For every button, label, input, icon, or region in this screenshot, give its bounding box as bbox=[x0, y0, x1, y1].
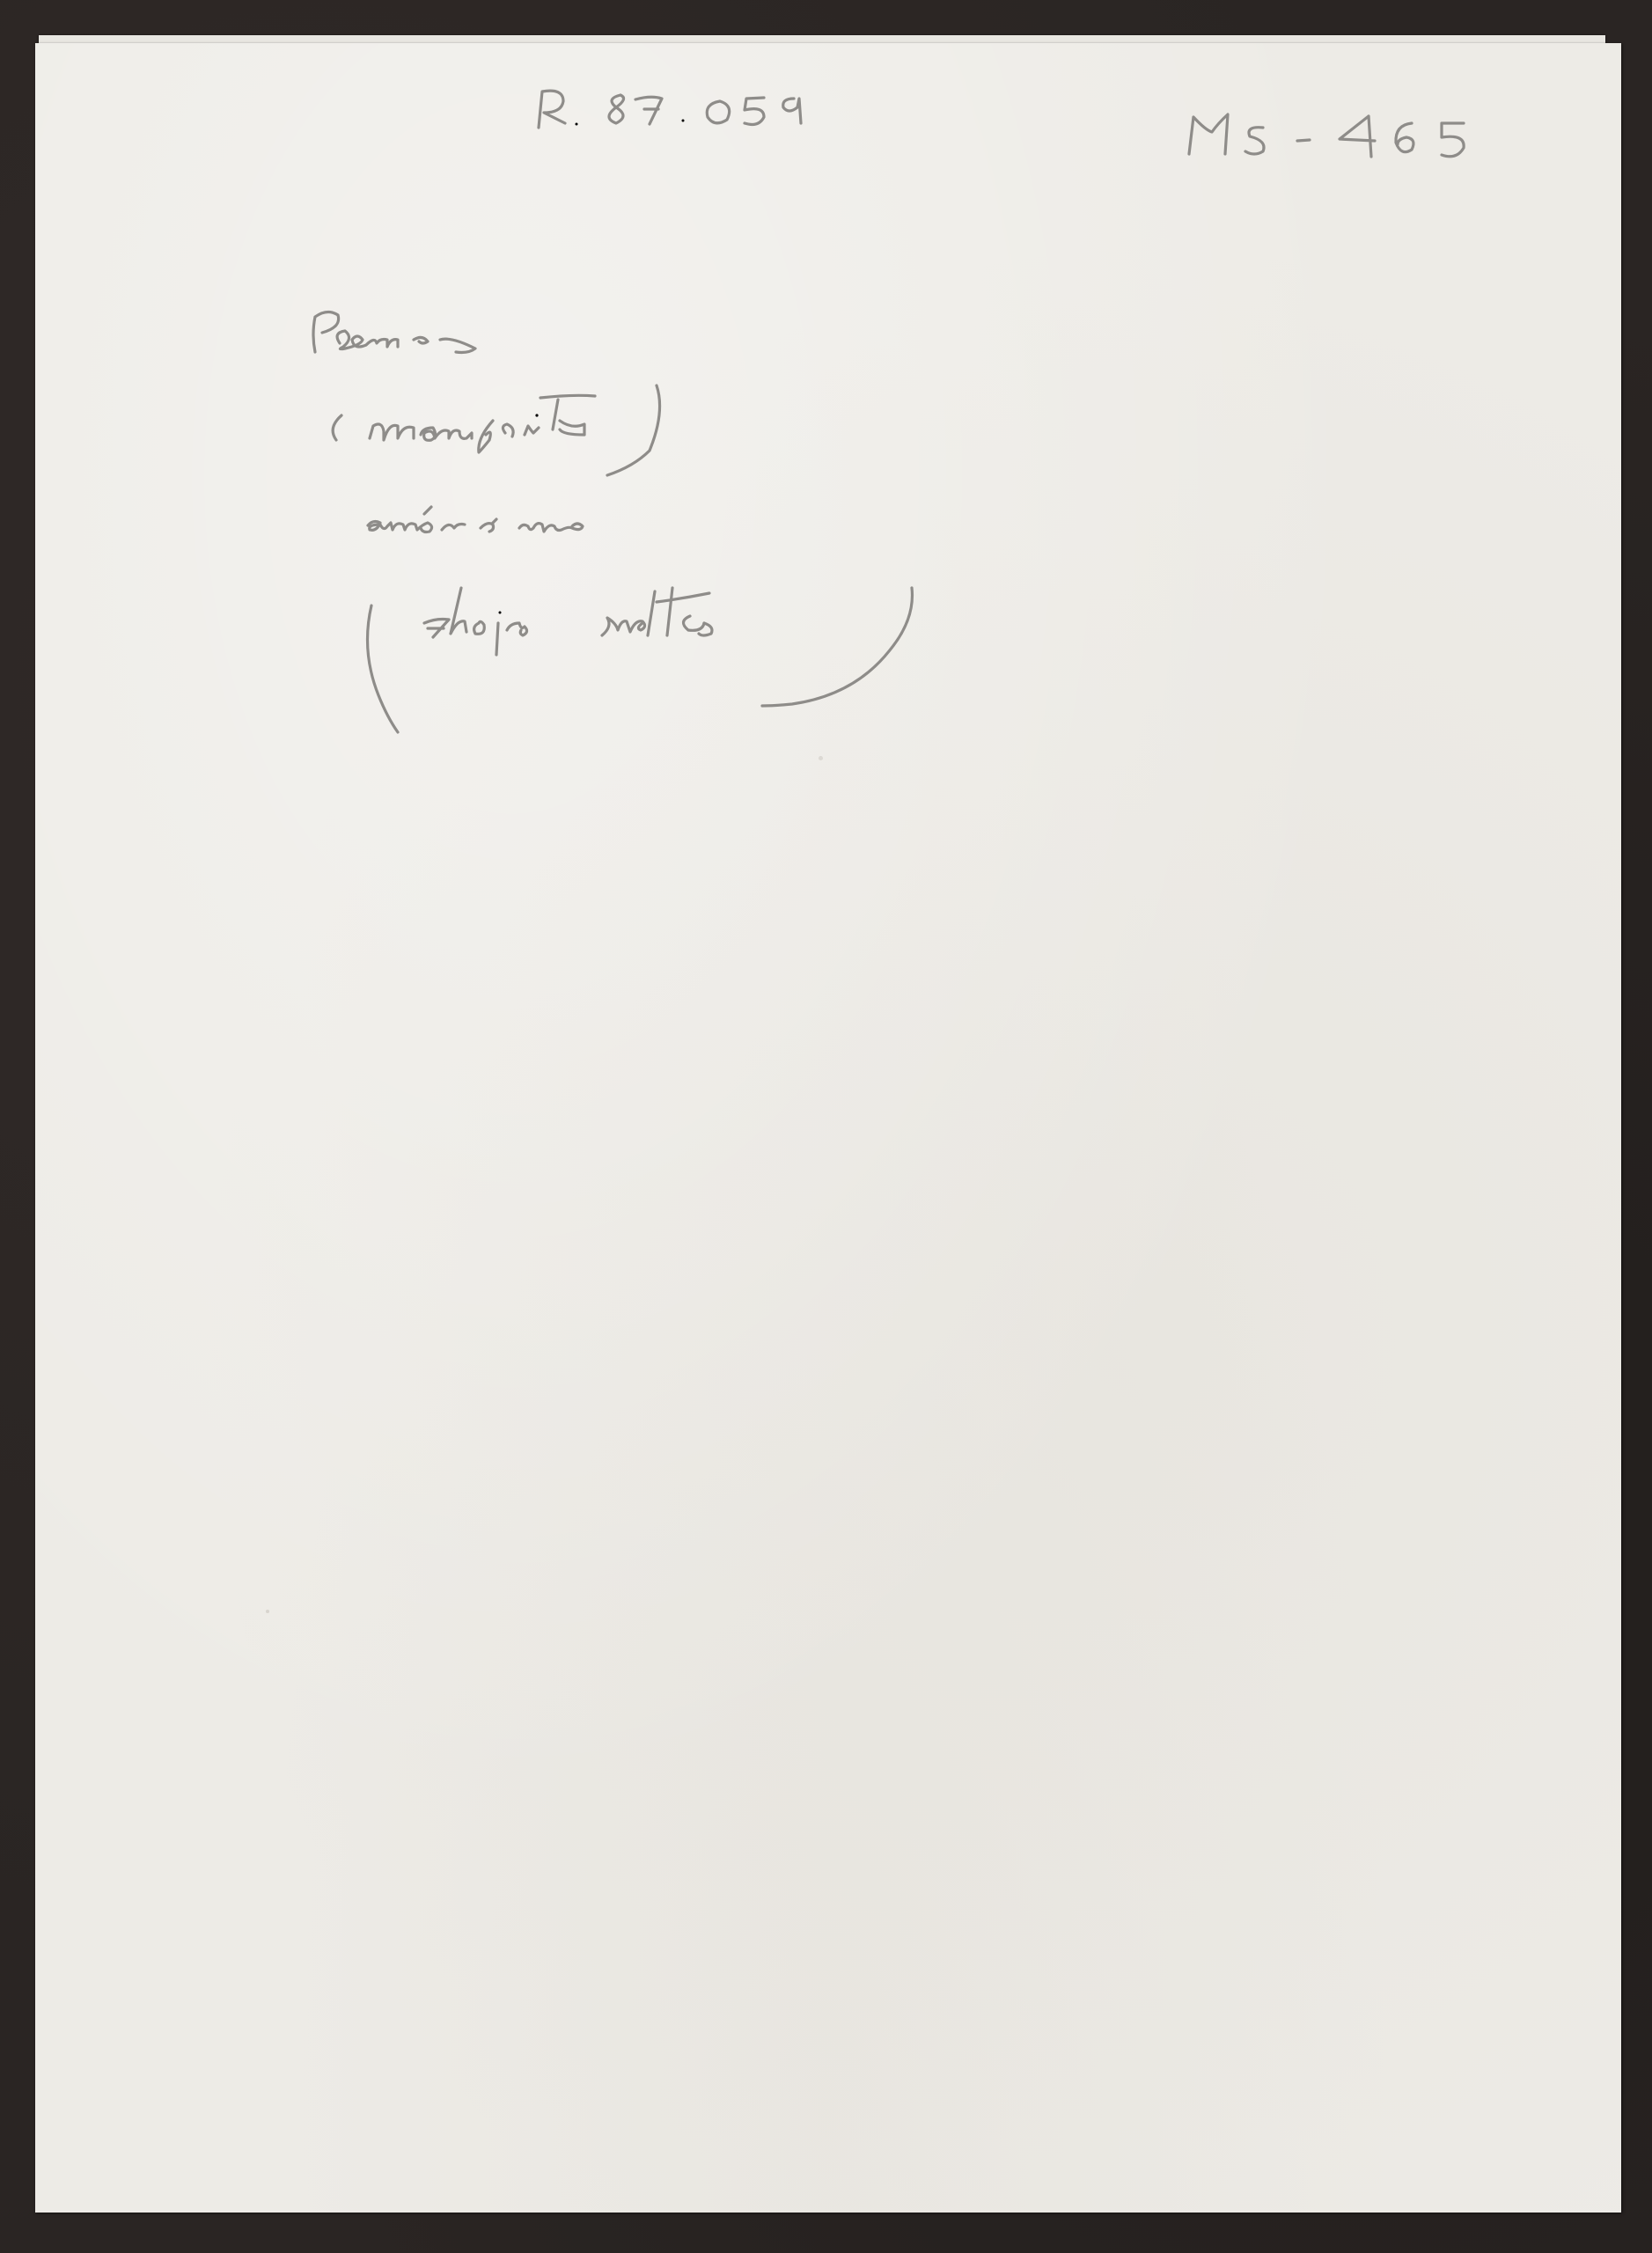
document-page bbox=[35, 43, 1621, 2213]
paper-speck bbox=[266, 1610, 269, 1613]
paper-speck bbox=[819, 756, 823, 760]
